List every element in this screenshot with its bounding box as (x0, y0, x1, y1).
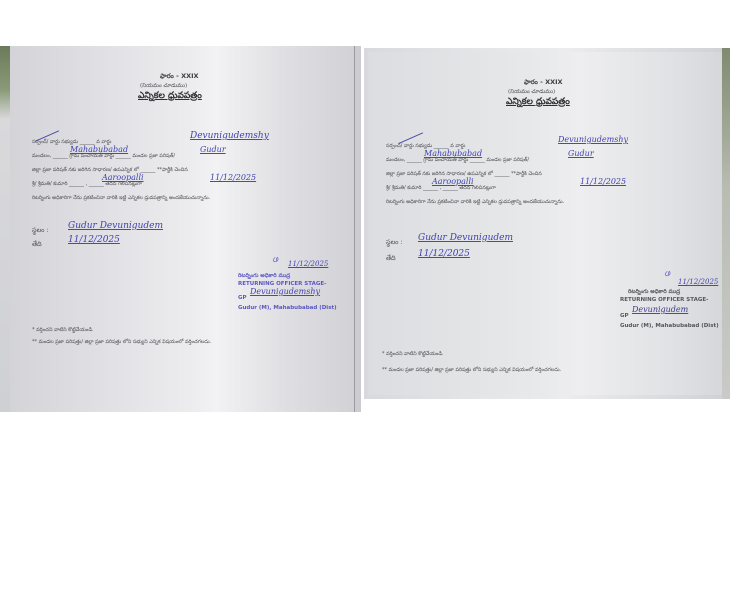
background-foliage (0, 46, 10, 412)
handwritten-name: Aaroopalli (432, 178, 474, 186)
form-rule: (నియమం చూడుము) (140, 82, 187, 90)
handwritten-village: Devunigudemshy (558, 136, 628, 144)
stamp-address: Gudur (M), Mahabubabad (Dist) (238, 304, 337, 312)
certificate-paper: ఫారం - XXIX (నియమం చూడుము) ఎన్నికల ధ్రువ… (10, 46, 355, 412)
background-foliage (722, 48, 730, 399)
gp-name: Devunigudemshy (250, 288, 320, 296)
body-line-5: రిటర్నింగు అధికారిగా నేను ప్రకటించినా వా… (386, 198, 564, 206)
officer-stamp: RETURNING OFFICER STAGE- (620, 296, 708, 304)
signature-date: 11/12/2025 (288, 260, 328, 268)
stamp-address: Gudur (M), Mahabubabad (Dist) (620, 322, 719, 330)
handwritten-date: 11/12/2025 (580, 178, 626, 186)
footnote-2: ** మండల ప్రజా పరిషత్తు/ జిల్లా ప్రజా పరి… (32, 338, 211, 346)
footnote-1: * వర్తించని వాటిని కొట్టివేయండి. (32, 326, 94, 334)
handwritten-name: Aaroopalli (102, 174, 144, 182)
footnote-1: * వర్తించని వాటిని కొట్టివేయండి. (382, 350, 444, 358)
handwritten-place: Gudur Devunigudem (418, 234, 513, 242)
certificate-title: ఎన్నికల ధ్రువపత్రం (138, 92, 202, 100)
date-label: తేది (386, 254, 396, 262)
certificate-photo-left: ఫారం - XXIX (నియమం చూడుము) ఎన్నికల ధ్రువ… (0, 46, 361, 412)
place-label: స్థలం : (386, 238, 403, 246)
officer-signature: ဖ (272, 252, 278, 268)
form-number: ఫారం - XXIX (160, 72, 199, 80)
footnote-2: ** మండల ప్రజా పరిషత్తు/ జిల్లా ప్రజా పరి… (382, 366, 561, 374)
handwritten-mandal: Mahabubabad (70, 146, 128, 154)
officer-signature: ဖ (664, 266, 670, 282)
tick-mark-icon (395, 123, 423, 144)
gp-label: GP (238, 294, 247, 302)
place-label: స్థలం : (32, 226, 49, 234)
handwritten-issue-date: 11/12/2025 (418, 250, 470, 258)
handwritten-issue-date: 11/12/2025 (68, 236, 120, 244)
form-rule: (నియమం చూడుము) (508, 88, 555, 96)
certificate-photo-right: ఫారం - XXIX (నియమం చూడుము) ఎన్నికల ధ్రువ… (364, 48, 730, 399)
signature-date: 11/12/2025 (678, 278, 718, 286)
form-number: ఫారం - XXIX (524, 78, 563, 86)
handwritten-mandal: Mahabubabad (424, 150, 482, 158)
gp-label: GP (620, 312, 629, 320)
officer-telugu: రిటర్నింగు అధికారి ముద్ర (628, 288, 680, 296)
certificate-paper: ఫారం - XXIX (నియమం చూడుము) ఎన్నికల ధ్రువ… (368, 52, 722, 395)
handwritten-ward: Gudur (200, 146, 226, 154)
certificate-title: ఎన్నికల ధ్రువపత్రం (506, 98, 570, 106)
gp-name: Devunigudem (632, 306, 688, 314)
handwritten-village: Devunigudemshy (190, 132, 269, 140)
officer-telugu: రిటర్నింగు అధికారి ముద్ర (238, 272, 290, 280)
handwritten-place: Gudur Devunigudem (68, 222, 163, 230)
date-label: తేది (32, 240, 42, 248)
body-line-5: రిటర్నింగు అధికారిగా నేను ప్రకటించినా వా… (32, 194, 210, 202)
handwritten-date: 11/12/2025 (210, 174, 256, 182)
handwritten-ward: Gudur (568, 150, 594, 158)
